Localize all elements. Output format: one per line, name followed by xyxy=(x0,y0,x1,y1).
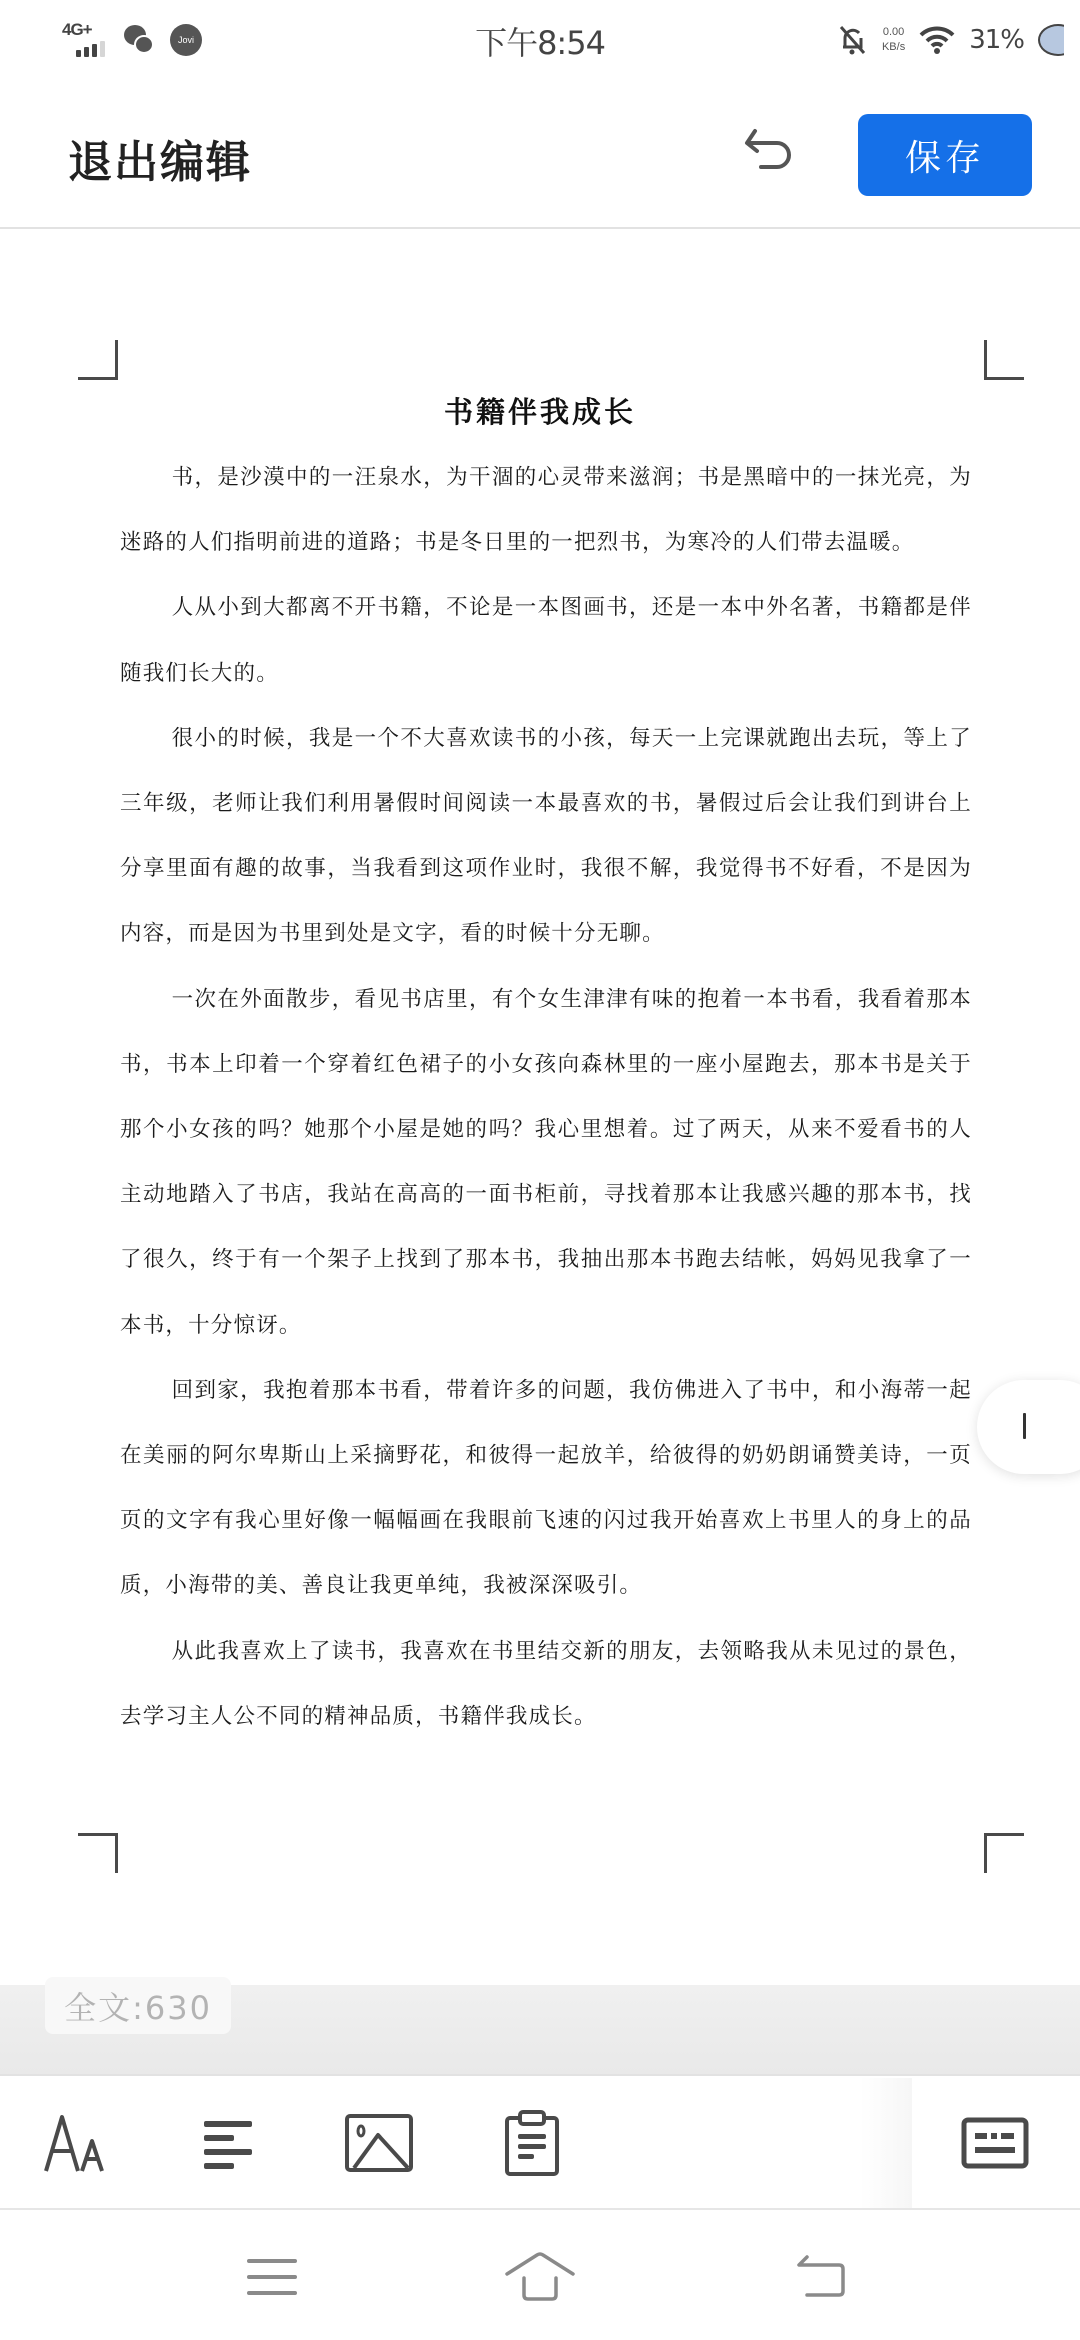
home-button[interactable] xyxy=(495,2232,585,2322)
paragraph[interactable]: 一次在外面散步，看见书店里，有个女生津津有味的抱着一本书看，我看着那本书，书本上… xyxy=(120,967,972,1358)
image-icon xyxy=(344,2113,414,2173)
document-title[interactable]: 书籍伴我成长 xyxy=(0,390,1080,431)
font-size-icon xyxy=(42,2111,112,2175)
status-right: 0.00 KB/s 31% xyxy=(838,18,1064,62)
recents-button[interactable] xyxy=(227,2232,317,2322)
word-count-badge: 全文:630 xyxy=(45,1977,231,2034)
paragraph[interactable]: 人从小到大都离不开书籍，不论是一本图画书，还是一本中外名著，书籍都是伴随我们长大… xyxy=(120,575,972,705)
avatar-icon xyxy=(1038,22,1064,58)
insert-image-button[interactable] xyxy=(334,2098,424,2188)
text-cursor-icon xyxy=(1023,1413,1026,1439)
keyboard-icon xyxy=(961,2117,1029,2169)
undo-icon xyxy=(741,125,797,181)
mute-bell-icon xyxy=(838,23,868,57)
align-button[interactable] xyxy=(183,2098,273,2188)
system-nav-bar xyxy=(0,2212,1080,2340)
menu-icon xyxy=(245,2255,299,2299)
back-button[interactable] xyxy=(778,2232,868,2322)
margin-corner-top-left xyxy=(78,340,118,380)
paragraph[interactable]: 从此我喜欢上了读书，我喜欢在书里结交新的朋友，去领略我从未见过的景色，去学习主人… xyxy=(120,1619,972,1749)
font-size-button[interactable] xyxy=(32,2098,122,2188)
back-icon xyxy=(795,2255,851,2299)
margin-corner-bottom-left xyxy=(78,1833,118,1873)
save-button[interactable]: 保存 xyxy=(858,114,1032,196)
editor-header: 退出编辑 保存 xyxy=(0,88,1080,229)
margin-corner-bottom-right xyxy=(984,1833,1024,1873)
exit-edit-button[interactable]: 退出编辑 xyxy=(68,126,252,190)
align-icon xyxy=(200,2115,256,2171)
home-icon xyxy=(504,2252,576,2302)
format-toolbar xyxy=(0,2078,1080,2210)
toolbar-divider xyxy=(860,2078,912,2208)
cursor-drag-handle[interactable] xyxy=(977,1380,1080,1474)
status-bar: 4G+ Jovi 下午8:54 0.00 KB/s 31% xyxy=(0,0,1080,88)
undo-button[interactable] xyxy=(736,120,802,186)
paragraph[interactable]: 书，是沙漠中的一汪泉水，为干涸的心灵带来滋润；书是黑暗中的一抹光亮，为迷路的人们… xyxy=(120,445,972,575)
clipboard-button[interactable] xyxy=(487,2098,577,2188)
margin-corner-top-right xyxy=(984,340,1024,380)
paragraph[interactable]: 很小的时候，我是一个不大喜欢读书的小孩，每天一上完课就跑出去玩，等上了三年级，老… xyxy=(120,706,972,967)
clipboard-icon xyxy=(504,2110,560,2176)
paragraph[interactable]: 回到家，我抱着那本书看，带着许多的问题，我仿佛进入了书中，和小海蒂一起在美丽的阿… xyxy=(120,1358,972,1619)
net-speed: 0.00 KB/s xyxy=(882,25,905,55)
battery-level: 31% xyxy=(969,25,1024,55)
keyboard-toggle-button[interactable] xyxy=(950,2098,1040,2188)
document-page[interactable]: 书籍伴我成长 书，是沙漠中的一汪泉水，为干涸的心灵带来滋润；书是黑暗中的一抹光亮… xyxy=(0,230,1080,1985)
wifi-icon xyxy=(919,25,955,55)
document-body[interactable]: 书，是沙漠中的一汪泉水，为干涸的心灵带来滋润；书是黑暗中的一抹光亮，为迷路的人们… xyxy=(120,445,972,1749)
